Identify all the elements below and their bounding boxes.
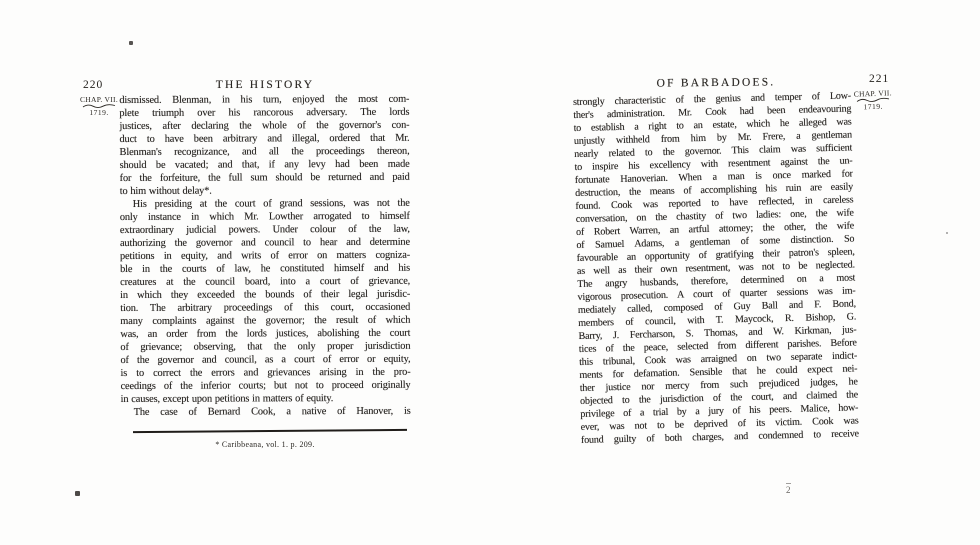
- text-line: many complaints against the governor; th…: [120, 314, 410, 328]
- text-line: duct to have been arbitrary and illegal,…: [119, 132, 409, 146]
- text-line: in which they exceeded the bounds of the…: [120, 288, 410, 302]
- text-line: to him without delay*.: [120, 184, 410, 198]
- signature-mark: 2: [786, 483, 791, 495]
- paragraph: strongly characteristic of the genius an…: [573, 89, 859, 446]
- left-page-number: 220: [83, 79, 103, 91]
- ink-speck: [946, 232, 948, 234]
- paragraph: His presiding at the court of grand sess…: [120, 197, 411, 406]
- right-year-label: 1719.: [851, 101, 895, 112]
- text-line: tion. The arbitrary proceedings of this …: [120, 301, 410, 315]
- left-page-text-column: dismissed. Blenman, in his turn, enjoyed…: [119, 93, 410, 419]
- text-line: should be vacated; and that, if any levy…: [120, 158, 410, 172]
- footnote-rule: [133, 429, 407, 433]
- right-running-header: OF BARBADOES.: [578, 76, 854, 91]
- ink-speck: [75, 491, 80, 496]
- text-line: authorizing the governor and council to …: [120, 236, 410, 250]
- left-chapter-label: CHAP. VII.: [77, 95, 121, 104]
- text-line: ceedings of the inferior courts; but not…: [121, 379, 411, 393]
- text-line: in causes, except upon petitions in matt…: [121, 392, 411, 406]
- right-chapter-label: CHAP. VII.: [851, 88, 895, 99]
- text-line: justices, after declaring the whole of t…: [119, 119, 409, 133]
- text-line: is to correct the errors and grievances …: [120, 366, 410, 380]
- text-line: Blenman's recognizance, and all the proc…: [120, 145, 410, 159]
- paragraph: The case of Bernard Cook, a native of Ha…: [121, 405, 411, 419]
- paragraph: dismissed. Blenman, in his turn, enjoyed…: [119, 93, 409, 198]
- text-line: petitions in equity, and writs of error …: [120, 249, 410, 263]
- left-margin-note: CHAP. VII. 1719.: [77, 95, 121, 117]
- text-line: extraordinary judicial powers. Under col…: [120, 223, 410, 237]
- right-page-number: 221: [869, 73, 889, 85]
- text-line: of grievance; observing, that the only p…: [120, 340, 410, 354]
- text-line: for the forfeiture, the full sum should …: [120, 171, 410, 185]
- left-year-label: 1719.: [77, 108, 121, 117]
- text-line: was, an order from the lords justices, a…: [120, 327, 410, 341]
- footnote: * Caribbeana, vol. 1. p. 209.: [120, 440, 410, 449]
- text-line: only instance in which Mr. Lowther arrog…: [120, 210, 410, 224]
- right-page-text-column: strongly characteristic of the genius an…: [573, 89, 859, 446]
- text-line: ble in the courts of law, he constituted…: [120, 262, 410, 276]
- left-running-header: THE HISTORY: [120, 79, 410, 91]
- text-line: creatures at the council board, into a c…: [120, 275, 410, 289]
- text-line: dismissed. Blenman, in his turn, enjoyed…: [119, 93, 409, 107]
- ink-speck: [129, 41, 133, 45]
- text-line: of the governor and council, as a court …: [120, 353, 410, 367]
- text-line: The case of Bernard Cook, a native of Ha…: [121, 405, 411, 419]
- text-line: plete triumph over his rancorous adversa…: [119, 106, 409, 120]
- text-line: His presiding at the court of grand sess…: [120, 197, 410, 211]
- right-margin-note: CHAP. VII. 1719.: [851, 88, 896, 112]
